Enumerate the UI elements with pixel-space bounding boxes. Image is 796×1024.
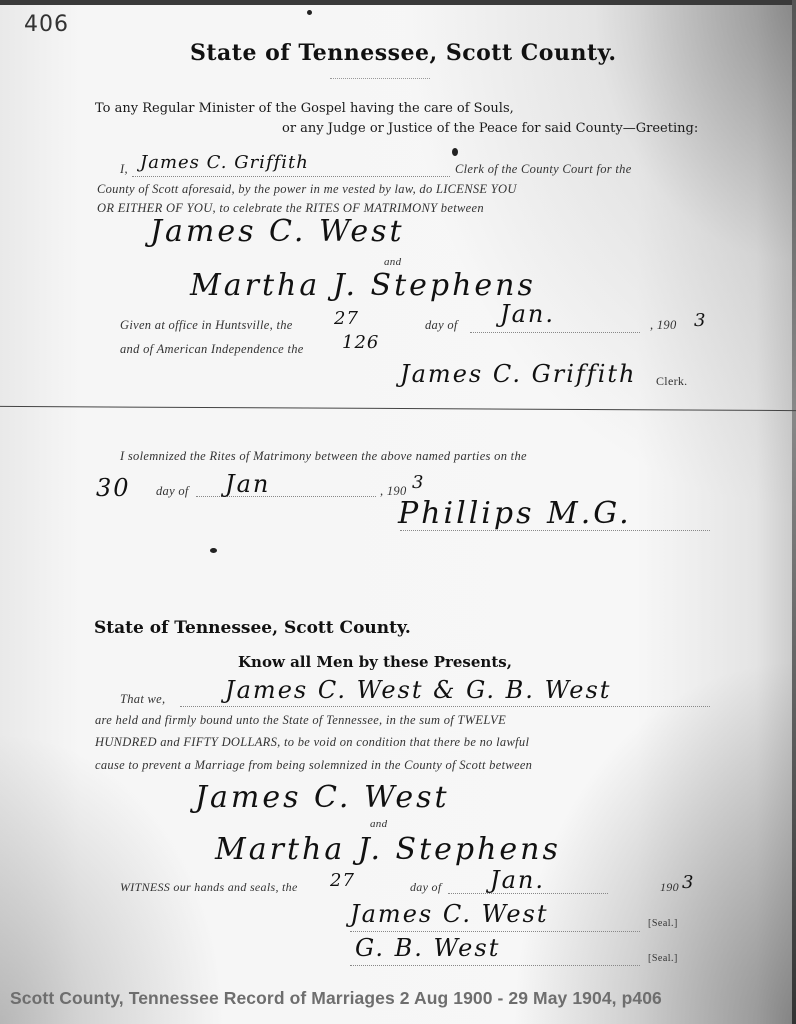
witness-month: Jan.: [490, 866, 545, 894]
witness-day: 27: [330, 870, 355, 891]
clerk-label: Clerk.: [656, 374, 687, 389]
seal-1: [Seal.]: [648, 918, 678, 929]
witness-prefix: WITNESS our hands and seals, the: [120, 880, 298, 895]
ink-blot: [210, 548, 217, 553]
signature-2-rule: [350, 965, 640, 966]
clerk-name-rule: [132, 176, 450, 177]
clerk-signature: James C. Griffith: [400, 360, 636, 388]
signature-1-rule: [350, 931, 640, 932]
bond-body-line1: are held and firmly bound unto the State…: [95, 713, 506, 728]
solemnization-statement: I solemnized the Rites of Matrimony betw…: [120, 449, 527, 464]
bond-subtitle: Know all Men by these Presents,: [238, 653, 512, 671]
ink-blot: [452, 148, 458, 156]
witness-year-prefix: 190: [660, 880, 679, 895]
officiant-signature: Phillips M.G.: [398, 496, 632, 531]
given-year-digit: 3: [694, 310, 706, 331]
independence-prefix: and of American Independence the: [120, 342, 304, 357]
solemnization-year-digit: 3: [412, 472, 424, 493]
page-number: 406: [24, 12, 69, 37]
solemnization-day-of: day of: [156, 484, 189, 499]
independence-year: 126: [342, 332, 379, 353]
section-divider: [0, 406, 796, 411]
bond-body-line3: cause to prevent a Marriage from being s…: [95, 758, 532, 773]
scan-edge-top: [0, 0, 796, 5]
clerk-name-handwritten: James C. Griffith: [140, 152, 309, 173]
bond-bride-name: Martha J. Stephens: [215, 832, 561, 867]
given-year-prefix: , 190: [650, 318, 677, 333]
bond-signature-2: G. B. West: [355, 934, 500, 962]
given-month-rule: [470, 332, 640, 333]
bond-groom-name: James C. West: [195, 780, 450, 815]
license-bride-name: Martha J. Stephens: [190, 268, 536, 303]
bond-signature-1: James C. West: [350, 900, 548, 928]
given-month: Jan.: [500, 300, 555, 328]
witness-day-of: day of: [410, 880, 441, 895]
given-day-of: day of: [425, 318, 458, 333]
scan-edge-right: [792, 0, 796, 1024]
solemnization-month-rule: [196, 496, 376, 497]
that-we-label: That we,: [120, 692, 165, 707]
image-caption: Scott County, Tennessee Record of Marria…: [10, 988, 662, 1009]
license-body-line2: County of Scott aforesaid, by the power …: [97, 182, 517, 197]
given-prefix: Given at office in Huntsville, the: [120, 318, 293, 333]
license-and-label: and: [384, 256, 401, 268]
witness-year-digit: 3: [682, 872, 694, 893]
seal-2: [Seal.]: [648, 953, 678, 964]
solemnization-month: Jan: [225, 470, 270, 498]
solemnization-day: 30: [96, 474, 131, 502]
salutation-line1: To any Regular Minister of the Gospel ha…: [95, 101, 514, 116]
license-groom-name: James C. West: [150, 214, 405, 249]
ink-blot: [307, 10, 312, 15]
bond-obligors: James C. West & G. B. West: [225, 676, 611, 704]
clerk-prefix: I,: [120, 162, 128, 177]
record-page: 406 State of Tennessee, Scott County. To…: [0, 0, 796, 1024]
license-title: State of Tennessee, Scott County.: [190, 40, 617, 66]
bond-and-label: and: [370, 818, 387, 830]
title-flourish: [330, 78, 430, 79]
officiant-rule: [400, 530, 710, 531]
bond-title: State of Tennessee, Scott County.: [94, 618, 411, 638]
bond-body-line2: HUNDRED and FIFTY DOLLARS, to be void on…: [95, 735, 529, 750]
salutation-line2: or any Judge or Justice of the Peace for…: [282, 121, 698, 136]
given-day: 27: [334, 308, 359, 329]
license-body-line1: Clerk of the County Court for the: [455, 162, 632, 177]
obligors-rule: [180, 706, 710, 707]
